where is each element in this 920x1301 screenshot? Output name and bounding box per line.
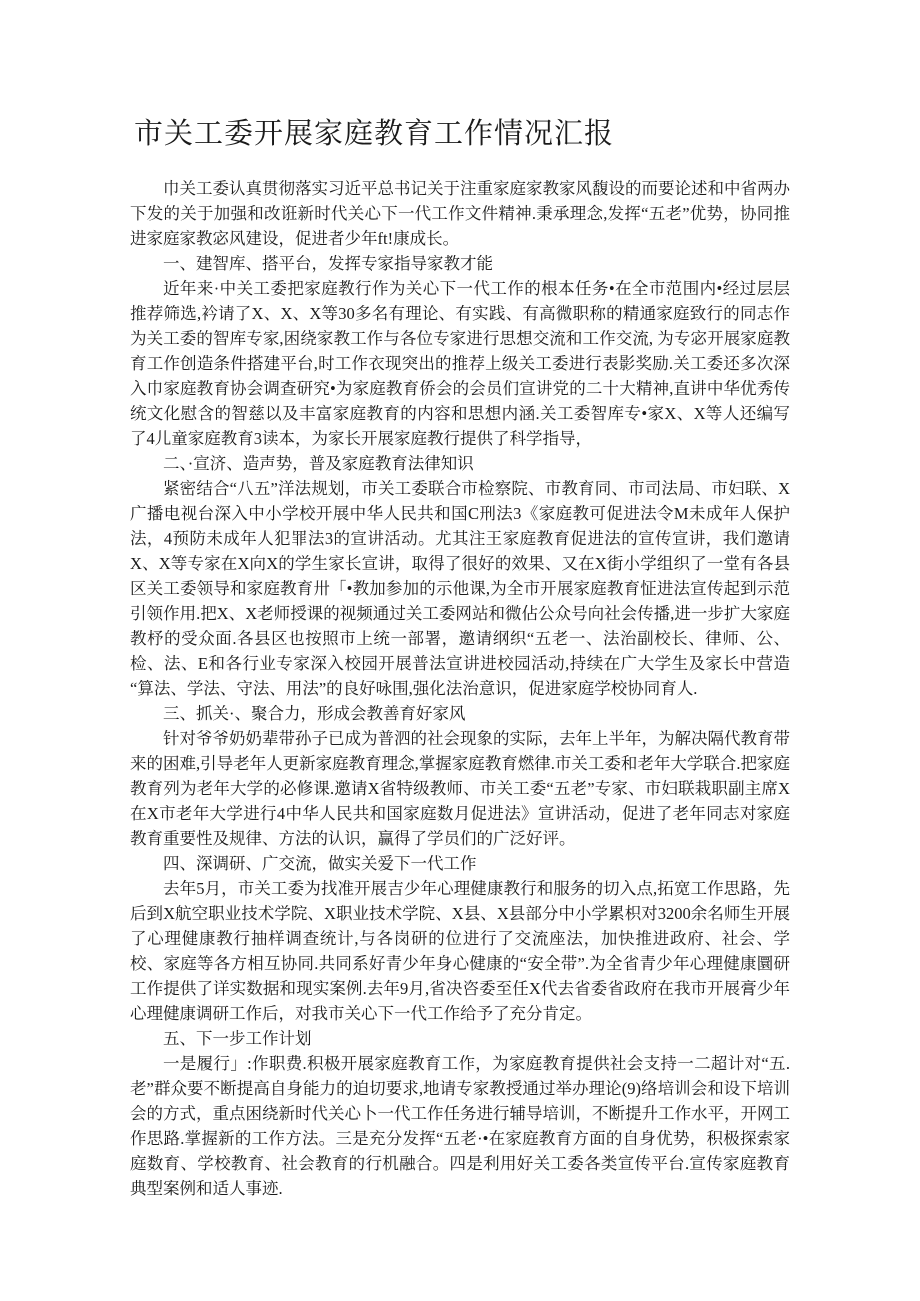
section-1-paragraph: 近年来·中关工委把家庭教行作为关心下一代工作的根本任务•在全市范围内•经过层层推… bbox=[130, 276, 790, 451]
section-1-heading: 一、建智库、搭平台，发挥专家指导家教才能 bbox=[130, 251, 790, 276]
document-page: 市关工委开展家庭教育工作情况汇报 巾关工委认真贯彻落实习近平总书记关于注重家庭家… bbox=[0, 0, 920, 1301]
section-3-heading: 三、抓关·、聚合力，形成会教善育好家风 bbox=[130, 701, 790, 726]
intro-paragraph: 巾关工委认真贯彻落实习近平总书记关于注重家庭家教家风馥设的而要论述和中省两办下发… bbox=[130, 176, 790, 251]
section-4-heading: 四、深调研、广交流，做实关爱下一代工作 bbox=[130, 851, 790, 876]
section-3-paragraph: 针对爷爷奶奶辈带孙子已成为普泗的社会现象的实际，去年上半年，为解决隔代教育带来的… bbox=[130, 726, 790, 851]
section-2-heading: 二、·宣济、造声势，普及家庭教育法律知识 bbox=[130, 451, 790, 476]
section-5-paragraph: 一是履行」:作职费.积极开展家庭教育工作，为家庭教育提供社会支持一二超计对“五.… bbox=[130, 1051, 790, 1201]
section-4-paragraph: 去年5月，市关工委为找准开展吉少年心理健康教行和服务的切入点,拓宽工作思路，先后… bbox=[130, 876, 790, 1026]
section-2-paragraph: 紧密结合“八五”洋法规划，市关工委联合市检察院、市教育同、市司法局、市妇联、X广… bbox=[130, 476, 790, 701]
section-5-heading: 五、下一步工作计划 bbox=[130, 1026, 790, 1051]
document-title: 市关工委开展家庭教育工作情况汇报 bbox=[130, 112, 790, 156]
